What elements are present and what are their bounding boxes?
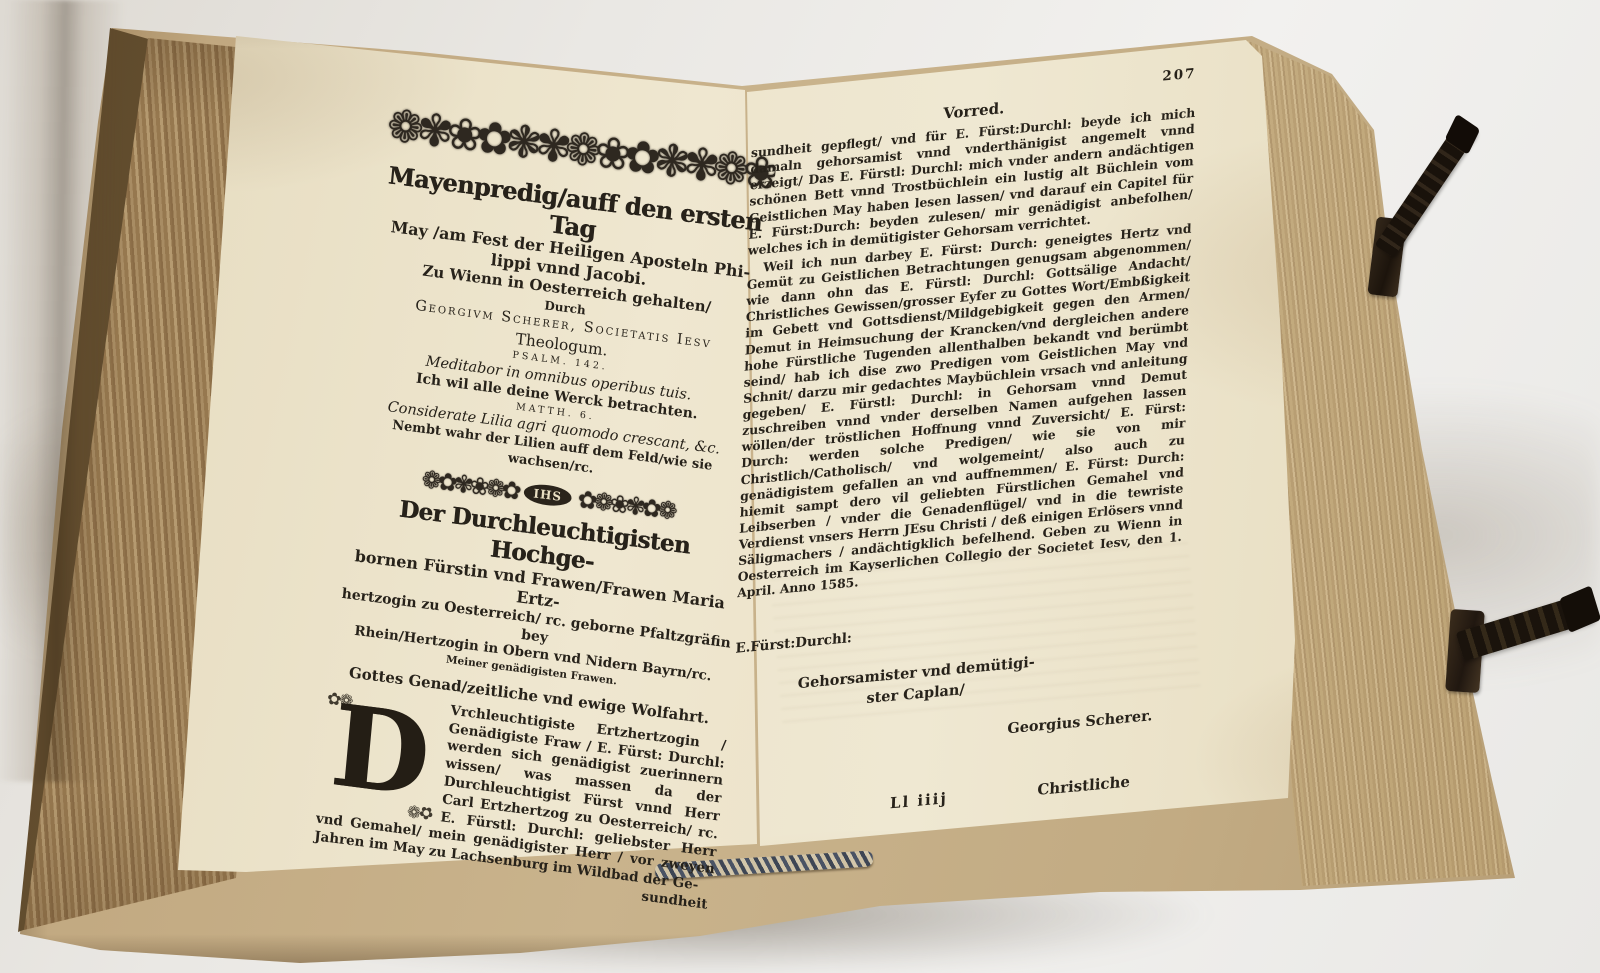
- dropcap-flourish-icon: ✿❁: [326, 689, 352, 712]
- page-number: 207: [1162, 65, 1197, 84]
- left-page-text: ❁✾❀✿❃✾❁❀✿❃✾❁❀ Mayenpredig/auff den erste…: [312, 96, 782, 913]
- ihs-monogram: IHS: [523, 483, 573, 509]
- photo-scene: ❁✾❀✿❃✾❁❀✿❃✾❁❀ Mayenpredig/auff den erste…: [0, 0, 1600, 973]
- right-page-text: Vorred. 207 sundheit gepflegt/ vnd für E…: [730, 82, 1196, 827]
- valediction-block: Gehorsamister vnd demütigi- ster Caplan/: [733, 645, 1099, 720]
- preface-paragraph-2: Weil ich nun darbey E. Fürst: Durch: gen…: [737, 220, 1192, 601]
- dropcap-flourish-icon: ✿❁: [408, 800, 434, 823]
- gutter-shadow: [0, 0, 125, 783]
- woodcut-initial-d: ✿❁ D ✿❁: [317, 691, 443, 823]
- address-line: E.Fürst:Durchl:: [735, 600, 1180, 657]
